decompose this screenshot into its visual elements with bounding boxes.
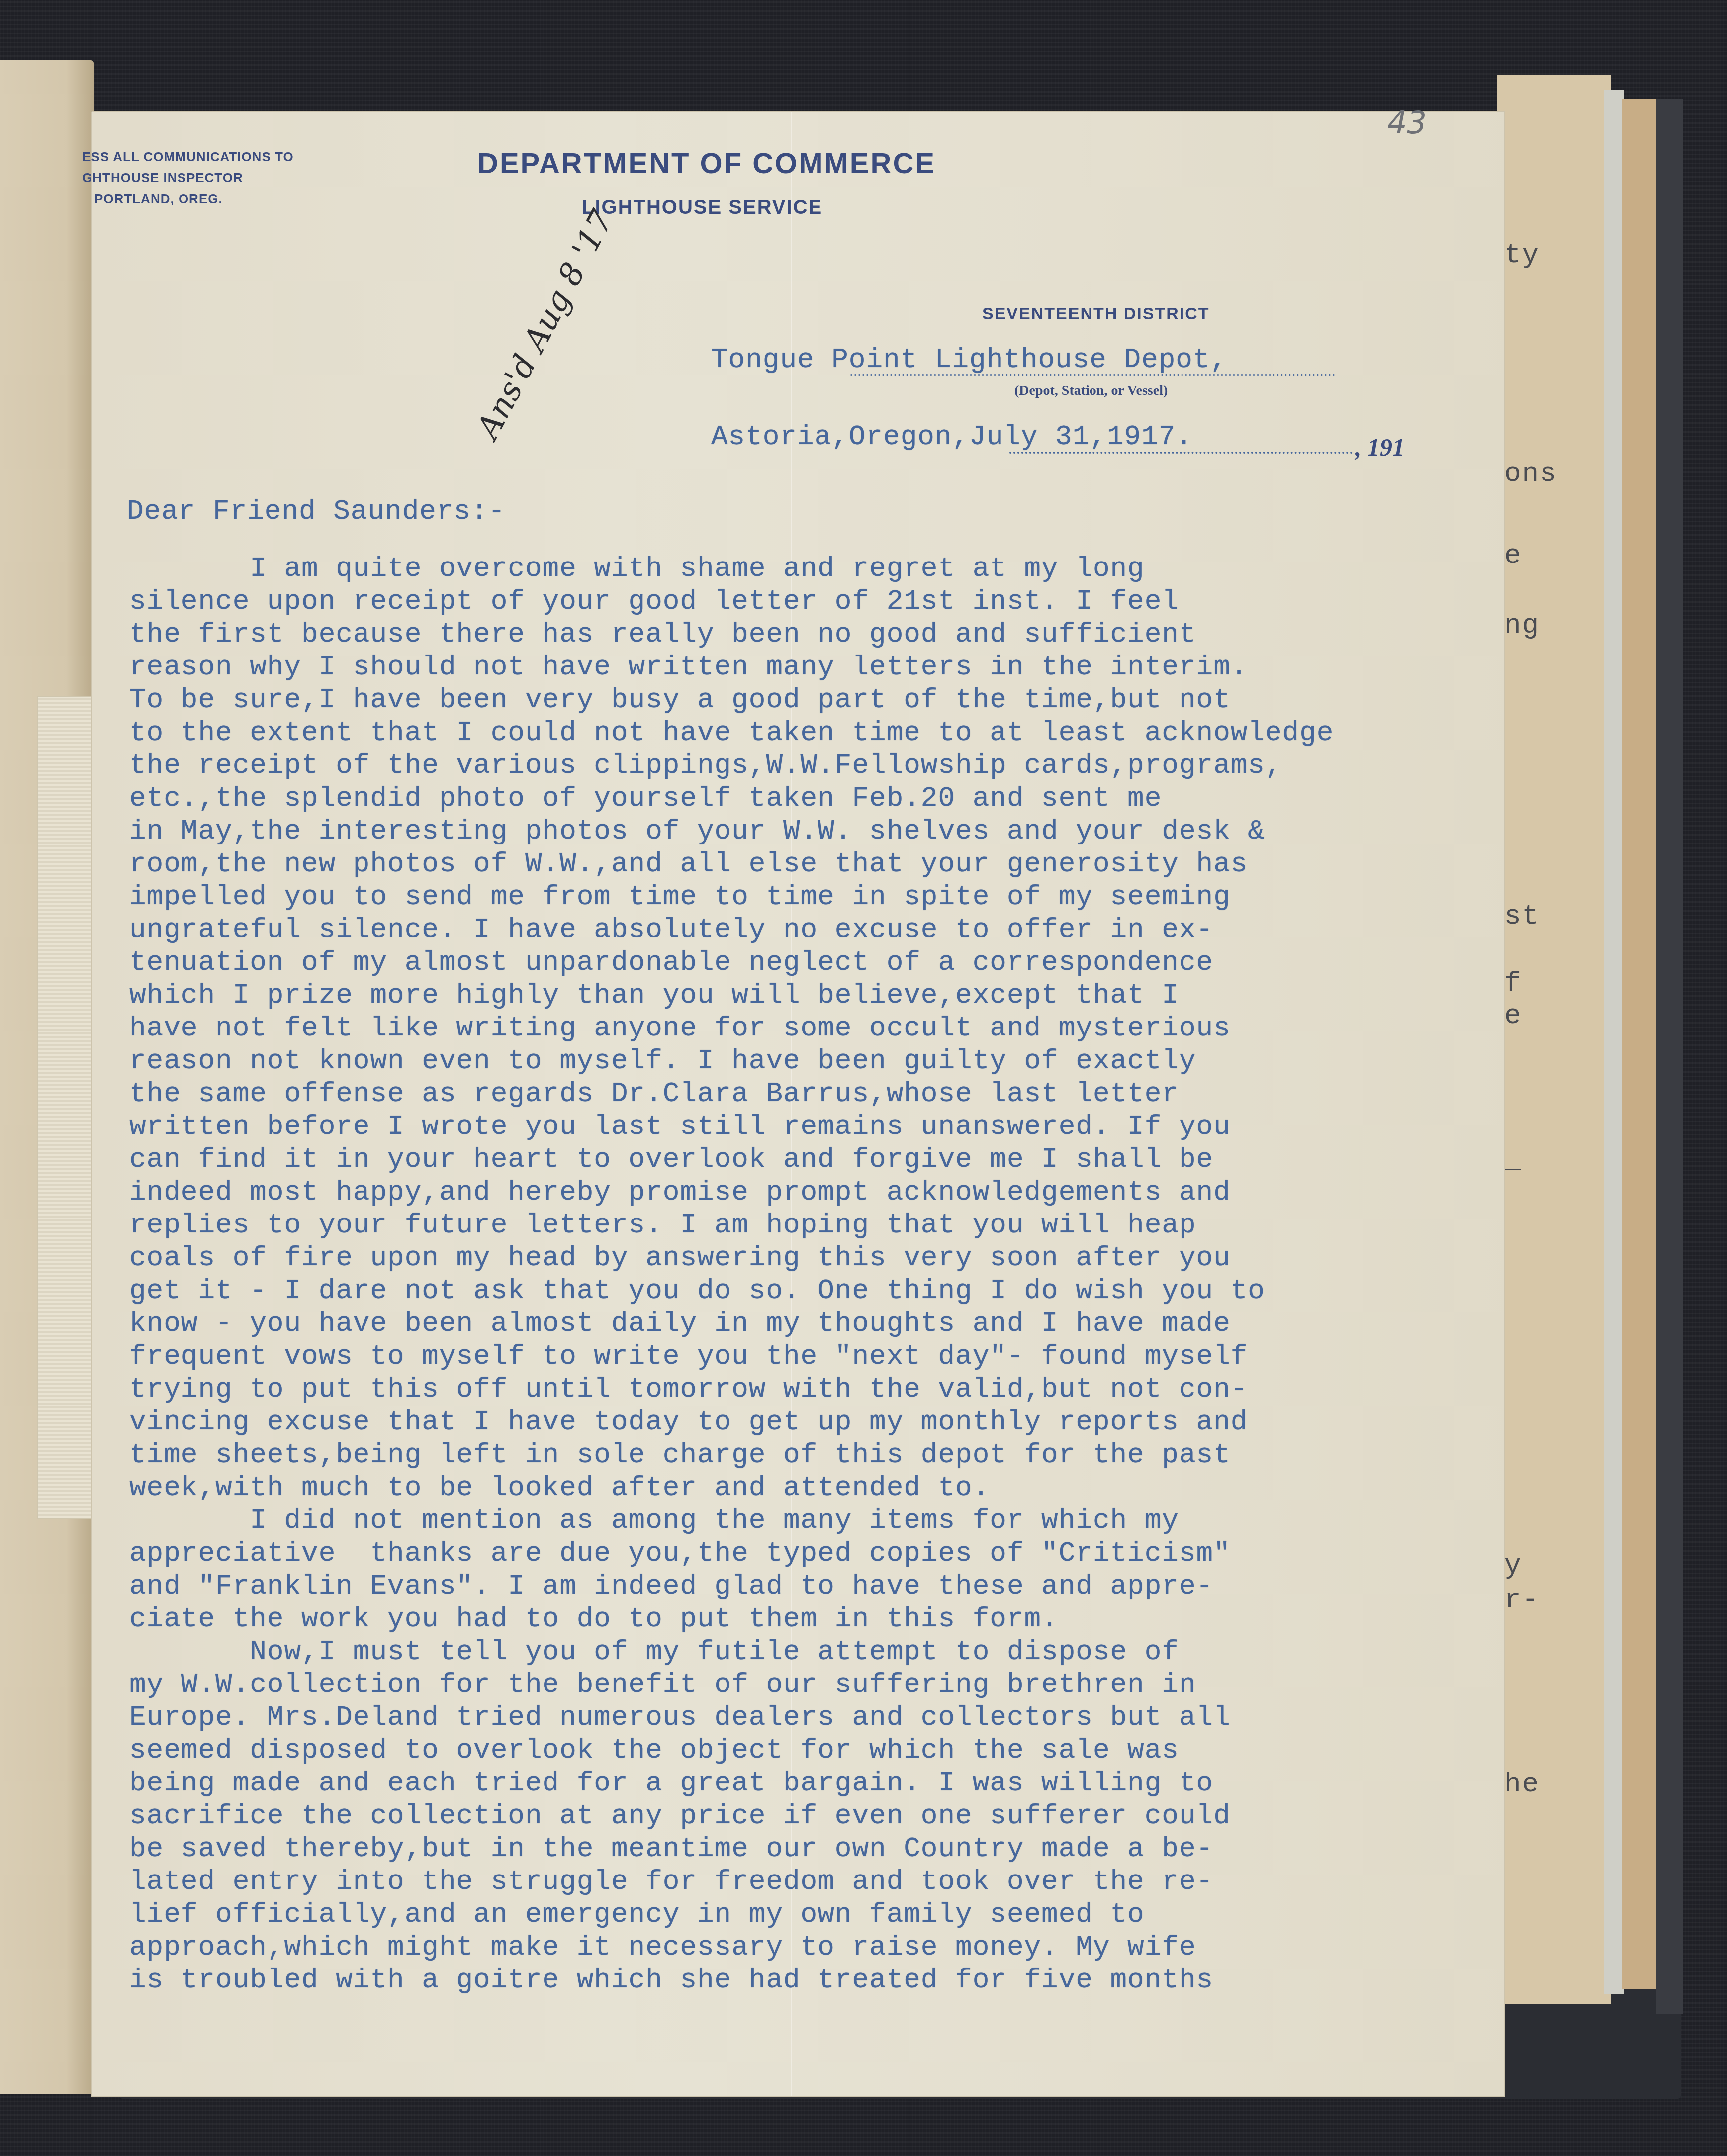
letter-body: I am quite overcome with shame and regre… <box>129 552 1334 1996</box>
underlying-text-fragment: r- <box>1504 1584 1540 1616</box>
letter-body-line: sacrifice the collection at any price if… <box>129 1799 1334 1832</box>
underlying-text-fragment: ty <box>1504 239 1540 271</box>
letter-body-line: is troubled with a goitre which she had … <box>129 1964 1334 1996</box>
letter-body-line: impelled you to send me from time to tim… <box>129 880 1334 913</box>
letter-body-line: Now,I must tell you of my futile attempt… <box>129 1635 1334 1668</box>
underlying-text-fragment: _ <box>1504 1144 1522 1176</box>
left-page-hinge-tape <box>37 696 94 1519</box>
place-dotted-line <box>850 374 1335 376</box>
letter-body-line: written before I wrote you last still re… <box>129 1110 1334 1143</box>
page-number: 43 <box>1387 104 1427 141</box>
date-field: Astoria,Oregon,July 31,1917. <box>711 420 1193 453</box>
letterhead-address-line-1: ESS ALL COMMUNICATIONS TO <box>82 149 294 165</box>
letter-body-line: I am quite overcome with shame and regre… <box>129 552 1334 585</box>
underlying-text-fragment: e <box>1504 1000 1522 1031</box>
place-field: Tongue Point Lighthouse Depot, <box>711 343 1227 376</box>
letter-body-line: reason why I should not have written man… <box>129 651 1334 683</box>
letter-body-line: ungrateful silence. I have absolutely no… <box>129 913 1334 946</box>
letter-body-line: approach,which might make it necessary t… <box>129 1931 1334 1964</box>
letter-body-line: I did not mention as among the many item… <box>129 1504 1334 1537</box>
letter-body-line: be saved thereby,but in the meantime our… <box>129 1832 1334 1865</box>
letter-body-line: have not felt like writing anyone for so… <box>129 1012 1334 1044</box>
letter-body-line: week,with much to be looked after and at… <box>129 1471 1334 1504</box>
letter-body-line: To be sure,I have been very busy a good … <box>129 683 1334 716</box>
letter-body-line: get it - I dare not ask that you do so. … <box>129 1274 1334 1307</box>
letter-body-line: frequent vows to myself to write you the… <box>129 1340 1334 1373</box>
letterhead-address-line-3: PORTLAND, OREG. <box>94 191 223 207</box>
letter-body-line: know - you have been almost daily in my … <box>129 1307 1334 1340</box>
letter-body-line: in May,the interesting photos of your W.… <box>129 815 1334 847</box>
letter-body-line: to the extent that I could not have take… <box>129 716 1334 749</box>
letter-body-line: reason not known even to myself. I have … <box>129 1044 1334 1077</box>
underlying-page-2 <box>1604 90 1624 1994</box>
letterhead-department: DEPARTMENT OF COMMERCE <box>477 147 936 180</box>
letter-body-line: can find it in your heart to overlook an… <box>129 1143 1334 1176</box>
underlying-text-fragment: he <box>1504 1768 1540 1800</box>
letter-body-line: replies to your future letters. I am hop… <box>129 1209 1334 1241</box>
letter-body-line: ciate the work you had to do to put them… <box>129 1602 1334 1635</box>
year-prefix: , 191 <box>1355 433 1405 462</box>
underlying-page-1 <box>1497 75 1611 2004</box>
letter-body-line: tenuation of my almost unpardonable negl… <box>129 946 1334 979</box>
underlying-text-fragment: st <box>1504 900 1540 932</box>
letterhead-address-line-2: GHTHOUSE INSPECTOR <box>82 170 243 186</box>
salutation: Dear Friend Saunders:- <box>127 495 505 528</box>
underlying-text-fragment: y <box>1504 1549 1522 1581</box>
letter-body-line: time sheets,being left in sole charge of… <box>129 1438 1334 1471</box>
underlying-text-fragment: ng <box>1504 609 1540 641</box>
letter-body-line: the same offense as regards Dr.Clara Bar… <box>129 1077 1334 1110</box>
letter-body-line: and "Franklin Evans". I am indeed glad t… <box>129 1570 1334 1602</box>
underlying-page-3 <box>1622 99 1657 1989</box>
letter-body-line: Europe. Mrs.Deland tried numerous dealer… <box>129 1701 1334 1734</box>
underlying-text-fragment: ons <box>1504 458 1557 489</box>
letter-body-line: seemed disposed to overlook the object f… <box>129 1734 1334 1767</box>
letter-body-line: the receipt of the various clippings,W.W… <box>129 749 1334 782</box>
letter-body-line: lated entry into the struggle for freedo… <box>129 1865 1334 1898</box>
letter-body-line: silence upon receipt of your good letter… <box>129 585 1334 618</box>
album-spine-edge <box>1656 99 1683 2014</box>
letterhead-service: LIGHTHOUSE SERVICE <box>582 196 822 219</box>
letterhead-district: SEVENTEENTH DISTRICT <box>982 304 1209 324</box>
underlying-text-fragment: f <box>1504 967 1522 999</box>
date-dotted-line <box>1009 452 1353 454</box>
letter-body-line: coals of fire upon my head by answering … <box>129 1241 1334 1274</box>
letter-body-line: my W.W.collection for the benefit of our… <box>129 1668 1334 1701</box>
place-field-caption: (Depot, Station, or Vessel) <box>1014 383 1168 399</box>
letter-body-line: lief officially,and an emergency in my o… <box>129 1898 1334 1931</box>
letter-body-line: being made and each tried for a great ba… <box>129 1767 1334 1799</box>
letter-body-line: room,the new photos of W.W.,and all else… <box>129 847 1334 880</box>
letter-body-line: vincing excuse that I have today to get … <box>129 1406 1334 1438</box>
letter-body-line: the first because there has really been … <box>129 618 1334 651</box>
letter-body-line: indeed most happy,and hereby promise pro… <box>129 1176 1334 1209</box>
letter-body-line: which I prize more highly than you will … <box>129 979 1334 1012</box>
letter-body-line: etc.,the splendid photo of yourself take… <box>129 782 1334 815</box>
underlying-text-fragment: e <box>1504 540 1522 571</box>
letter-body-line: appreciative thanks are due you,the type… <box>129 1537 1334 1570</box>
letter-body-line: trying to put this off until tomorrow wi… <box>129 1373 1334 1406</box>
